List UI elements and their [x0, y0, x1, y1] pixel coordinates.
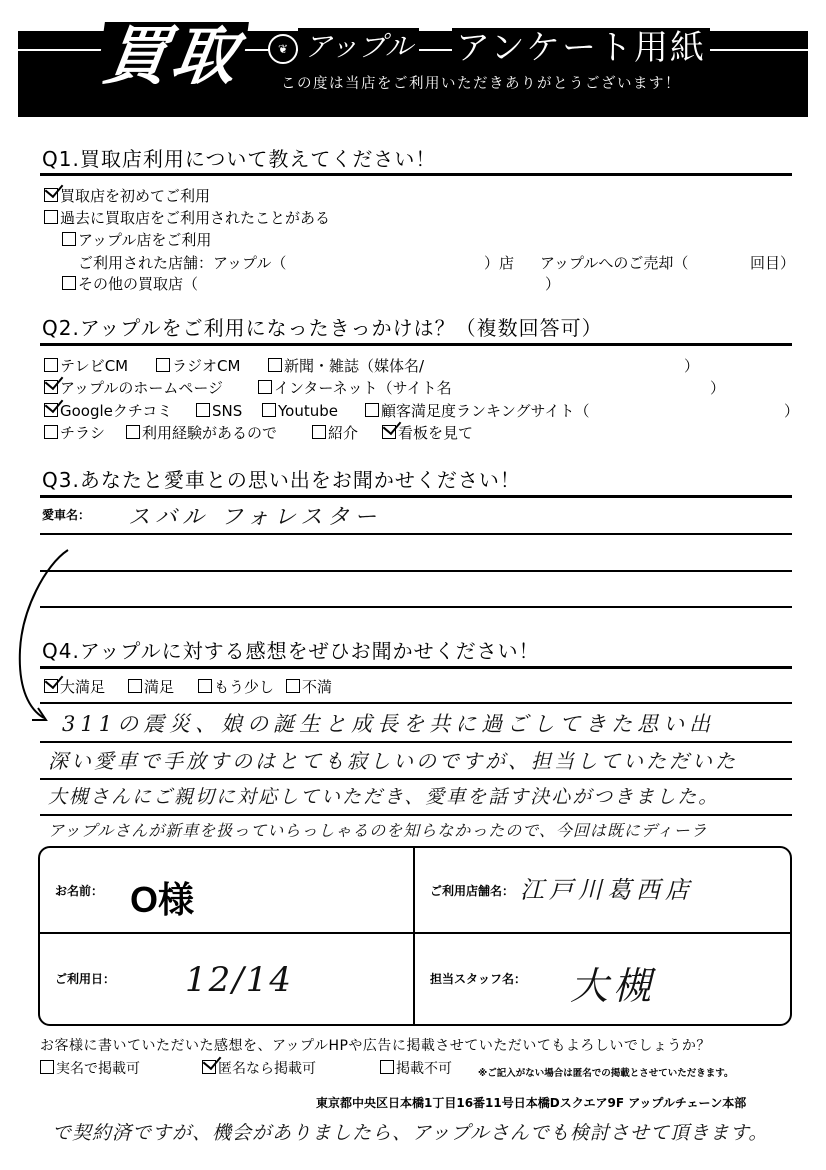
- q2-rule: [40, 343, 792, 346]
- q1-option-first-time[interactable]: 買取店を初めてご利用: [44, 186, 210, 206]
- checkbox[interactable]: [312, 425, 326, 439]
- q2-heading: Q2.アップルをご利用になったきっかけは？（複数回答可）: [42, 315, 603, 341]
- info-divider: [413, 846, 415, 1026]
- q2-option-flyer[interactable]: チラシ: [44, 423, 105, 443]
- q3-rule: [40, 495, 792, 498]
- q1-store-label: ご利用された店舗：アップル（: [78, 253, 286, 273]
- q2-option-signboard[interactable]: 看板を見て: [382, 423, 473, 443]
- q1-option-used-before[interactable]: 過去に買取店をご利用されたことがある: [44, 208, 330, 228]
- date-label: ご利用日：: [55, 970, 115, 987]
- q4-heading: Q4.アップルに対する感想をぜひお聞かせください！: [42, 638, 540, 664]
- staff-name-value: 大槻: [570, 955, 656, 1010]
- q1-rule: [40, 173, 792, 176]
- q3-heading: Q3.あなたと愛車との思い出をお聞かせください！: [42, 467, 521, 493]
- consent-note: ※ご記入がない場合は匿名での掲載とさせていただきます。: [478, 1065, 733, 1079]
- store-name-value: 江戸川葛西店: [520, 870, 694, 905]
- consent-real-name[interactable]: 実名で掲載可: [40, 1060, 140, 1078]
- checkbox[interactable]: [380, 1060, 394, 1074]
- checkbox[interactable]: [62, 232, 76, 246]
- checkbox[interactable]: [44, 358, 58, 372]
- header-subtitle: この度は当店をご利用いただきありがとうございます！: [281, 72, 681, 93]
- q4-option-not-quite[interactable]: もう少し: [198, 677, 274, 697]
- writing-line: [40, 702, 792, 704]
- comment-line-2: 深い愛車で手放すのはとても寂しいのですが、担当していただいた: [48, 745, 738, 774]
- checkbox[interactable]: [156, 358, 170, 372]
- q2-option-homepage[interactable]: アップルのホームページ: [44, 378, 223, 398]
- customer-name: O様: [130, 872, 194, 923]
- car-name-label: 愛車名：: [42, 506, 90, 523]
- q1-sales-label: アップルへのご売却（: [540, 253, 688, 273]
- q4-option-very-satisfied[interactable]: 大満足: [44, 677, 105, 697]
- store-name-label: ご利用店舗名：: [430, 882, 514, 899]
- checkbox[interactable]: [126, 425, 140, 439]
- checkbox[interactable]: [258, 380, 272, 394]
- checkbox[interactable]: [40, 1060, 54, 1074]
- comment-line-5: で契約済ですが、機会がありましたら、アップルさんでも検討させて頂きます。: [52, 1118, 768, 1145]
- q2-option-ranking[interactable]: 顧客満足度ランキングサイト（: [365, 401, 590, 421]
- kaitori-logo: 買取: [95, 22, 249, 92]
- date-value: 12/14: [185, 960, 293, 1000]
- q1-heading: Q1.買取店利用について教えてください！: [42, 146, 436, 172]
- writing-line: [40, 533, 792, 535]
- q2-close-paren: ）: [784, 401, 799, 421]
- page-title: アンケート用紙: [452, 28, 710, 68]
- footer-address: 東京都中央区日本橋1丁目16番11号日本橋Dスクエア9F アップルチェーン本部: [316, 1094, 746, 1111]
- car-name-value: スバル フォレスター: [128, 500, 381, 531]
- name-label: お名前：: [55, 882, 103, 899]
- consent-question: お客様に書いていただいた感想を、アップルHPや広告に掲載させていただいてもよろし…: [40, 1037, 711, 1055]
- checkbox-checked[interactable]: [44, 380, 58, 394]
- q2-option-newspaper[interactable]: 新聞・雑誌（媒体名/: [268, 356, 424, 376]
- q1-option-other-store[interactable]: その他の買取店（: [62, 274, 198, 294]
- q2-close-paren: ）: [710, 378, 725, 398]
- checkbox[interactable]: [128, 679, 142, 693]
- consent-anonymous[interactable]: 匿名なら掲載可: [202, 1060, 316, 1078]
- checkbox[interactable]: [44, 425, 58, 439]
- checkbox-checked[interactable]: [382, 425, 396, 439]
- comment-line-1: 311の震災、娘の誕生と成長を共に過ごしてきた思い出: [62, 708, 715, 738]
- q2-option-internet[interactable]: インターネット（サイト名: [258, 378, 452, 398]
- checkbox[interactable]: [196, 403, 210, 417]
- q2-option-youtube[interactable]: Youtube: [262, 401, 338, 421]
- writing-line: [40, 606, 792, 608]
- comment-line-3: 大槻さんにご親切に対応していただき、愛車を話す決心がつきました。: [48, 782, 719, 809]
- checkbox[interactable]: [365, 403, 379, 417]
- writing-line: [40, 570, 792, 572]
- q2-option-sns[interactable]: SNS: [196, 401, 242, 421]
- writing-line: [40, 741, 792, 743]
- q4-rule: [40, 666, 792, 669]
- writing-line: [40, 778, 792, 780]
- checkbox[interactable]: [268, 358, 282, 372]
- checkbox-checked[interactable]: [44, 188, 58, 202]
- q2-option-referral[interactable]: 紹介: [312, 423, 358, 443]
- q1-option-apple-store[interactable]: アップル店をご利用: [62, 230, 211, 250]
- info-divider: [38, 932, 790, 934]
- checkbox-checked[interactable]: [44, 403, 58, 417]
- q2-option-experience[interactable]: 利用経験があるので: [126, 423, 277, 443]
- checkbox[interactable]: [198, 679, 212, 693]
- checkbox-checked[interactable]: [44, 679, 58, 693]
- q1-other-close: ）: [545, 274, 560, 294]
- writing-line: [40, 814, 792, 816]
- checkbox[interactable]: [262, 403, 276, 417]
- q2-option-radio[interactable]: ラジオCM: [156, 356, 240, 376]
- checkbox-checked[interactable]: [202, 1060, 216, 1074]
- checkbox[interactable]: [44, 210, 58, 224]
- comment-line-4: アップルさんが新車を扱っていらっしゃるのを知らなかったので、今回は既にディーラ: [48, 818, 708, 841]
- q4-option-satisfied[interactable]: 満足: [128, 677, 174, 697]
- staff-name-label: 担当スタッフ名：: [430, 970, 526, 987]
- q1-sales-suffix: 回目）: [750, 253, 795, 273]
- apple-logo-icon: ❦: [268, 34, 298, 64]
- q2-option-google[interactable]: Googleクチコミ: [44, 401, 172, 421]
- consent-not-allowed[interactable]: 掲載不可: [380, 1060, 452, 1078]
- q2-close-paren: ）: [684, 356, 699, 376]
- checkbox[interactable]: [62, 276, 76, 290]
- brand-name: アップル: [298, 28, 419, 66]
- checkbox[interactable]: [286, 679, 300, 693]
- q1-store-suffix: ）店: [484, 253, 514, 273]
- q4-option-dissatisfied[interactable]: 不満: [286, 677, 332, 697]
